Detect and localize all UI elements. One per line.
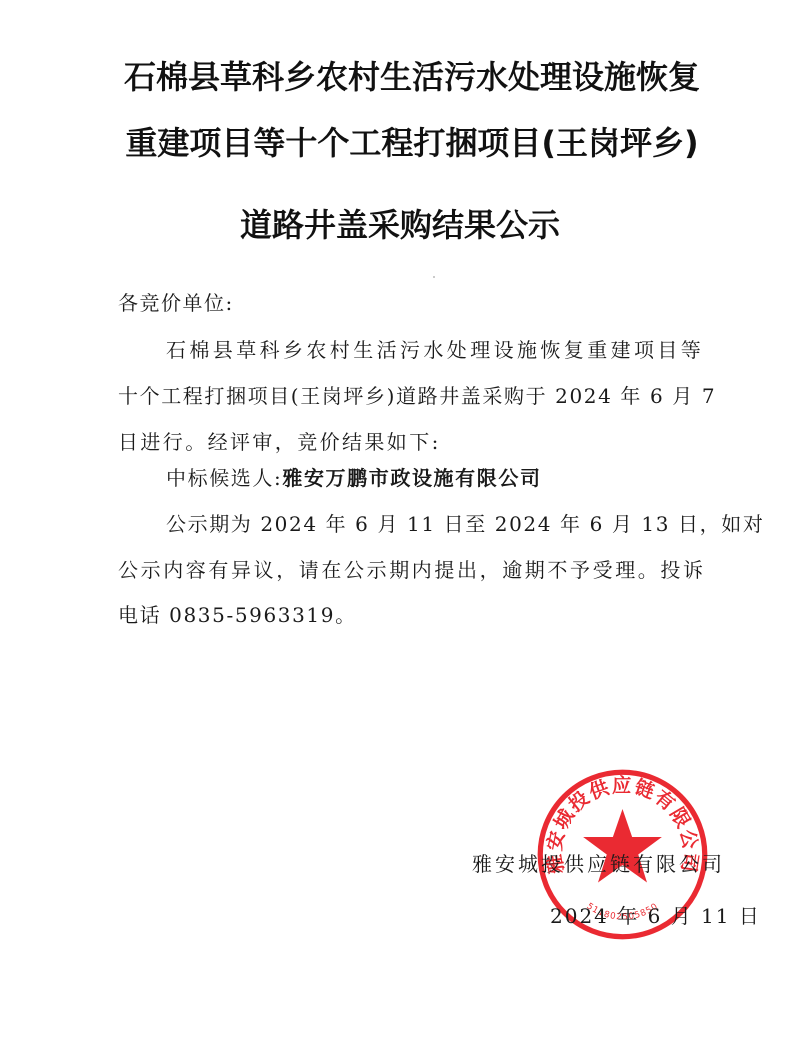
winner-label: 中标候选人:	[166, 466, 282, 490]
title-line-2: 重建项目等十个工程打捆项目(王岗坪乡)	[12, 118, 800, 164]
signature-date: 2024 年 6 月 11 日	[550, 900, 761, 929]
paragraph2-line2: 公示内容有异议，请在公示期内提出，逾期不予受理。投诉	[118, 554, 706, 583]
salutation: 各竞价单位:	[118, 287, 234, 316]
title-line-1: 石棉县草科乡农村生活污水处理设施恢复	[12, 52, 800, 98]
title-line-3: 道路井盖采购结果公示	[0, 200, 800, 246]
paragraph2-line3: 电话 0835-5963319。	[118, 599, 357, 628]
paragraph2-line1: 公示期为 2024 年 6 月 11 日至 2024 年 6 月 13 日，如对	[166, 508, 764, 537]
winner-name: 雅安万鹏市政设施有限公司	[282, 466, 541, 490]
winner-line: 中标候选人:雅安万鹏市政设施有限公司	[166, 462, 542, 491]
paragraph1-line3: 日进行。经评审，竞价结果如下:	[118, 426, 441, 455]
scan-speck	[433, 276, 435, 278]
signature-company: 雅安城投供应链有限公司	[472, 848, 725, 877]
paragraph1-line2: 十个工程打捆项目(王岗坪乡)道路井盖采购于 2024 年 6 月 7	[118, 380, 716, 409]
paragraph1-line1: 石棉县草科乡农村生活污水处理设施恢复重建项目等	[166, 334, 704, 363]
